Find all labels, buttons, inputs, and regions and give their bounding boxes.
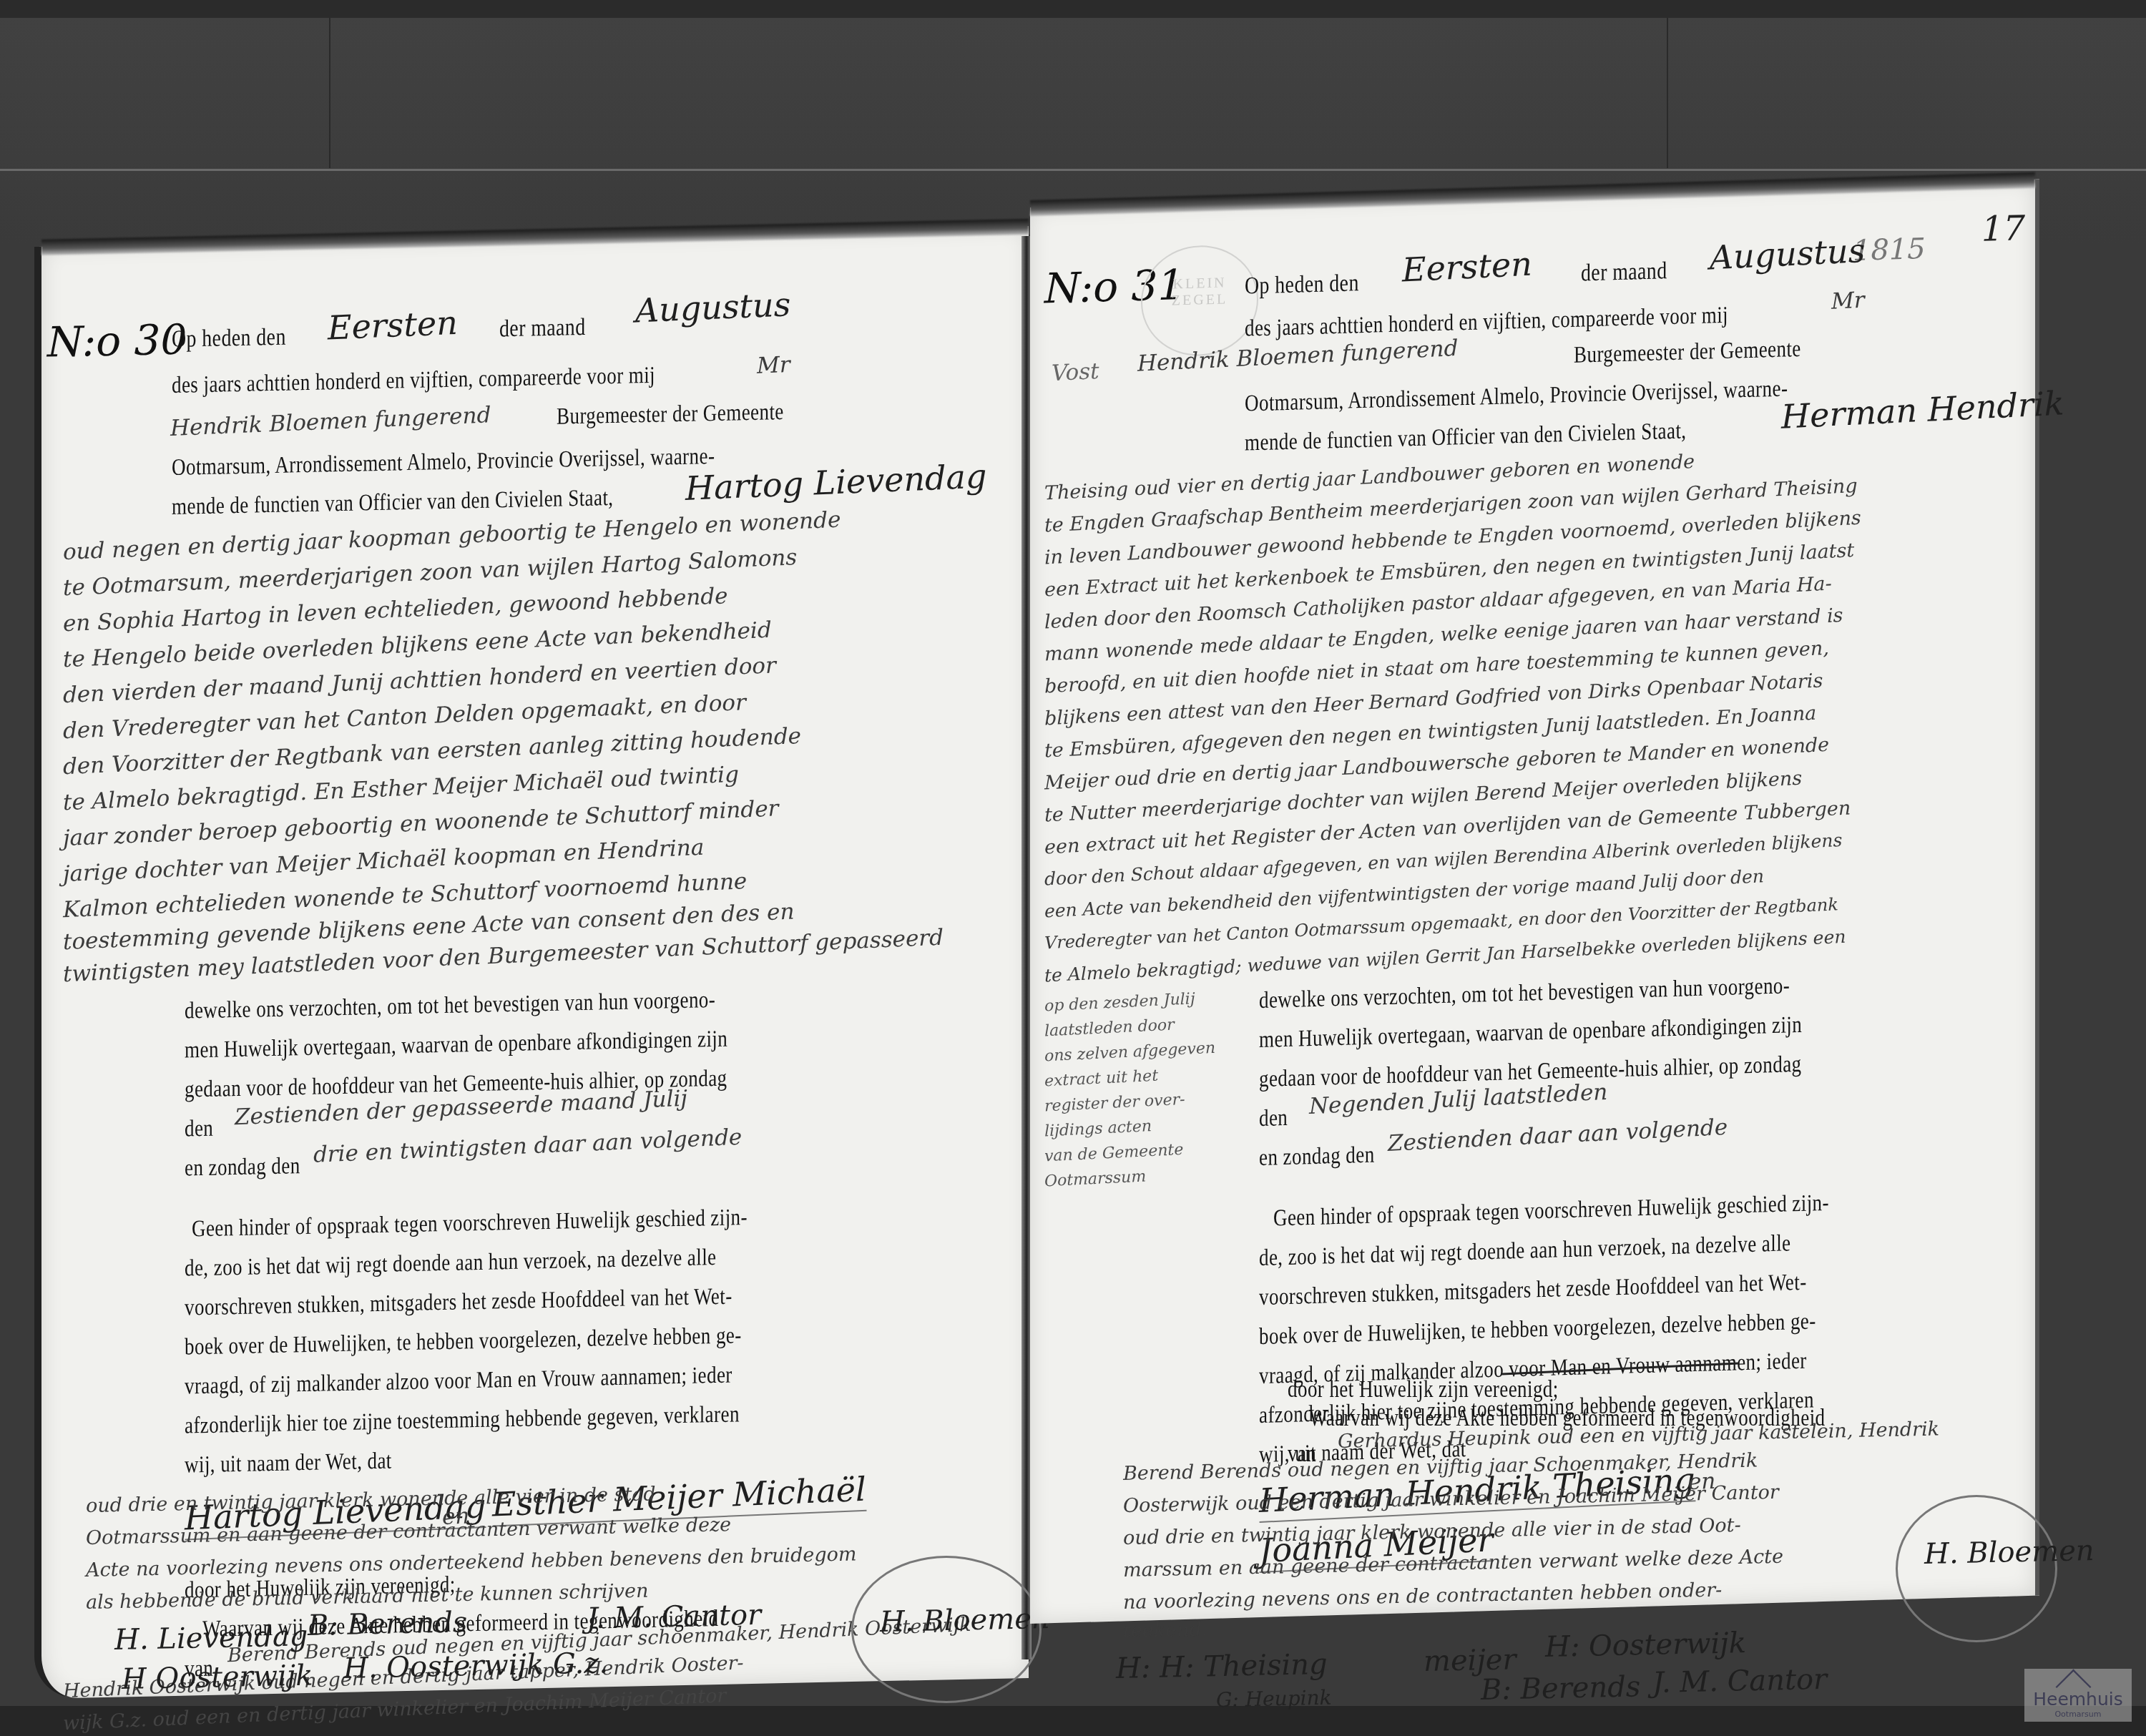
printed-text: men Huwelijk overtegaan, waarvan de open… [185,1026,727,1064]
backdrop-line [1667,18,1668,168]
printed-text: dewelke ons verzochten, om tot het beves… [185,987,715,1025]
handwritten-day: Eersten [1401,245,1532,290]
entry-number: N:o 30 [47,315,187,367]
signature: H Oosterwijk [122,1659,313,1696]
printed-text: door het Huwelijk zijn vereenigd; [1288,1377,1559,1403]
margin-note: laatstleden door [1044,1016,1175,1041]
printed-text: mende de functien van Officier van den C… [1245,418,1687,456]
signature: B: Berends [1481,1670,1641,1707]
printed-text: en zondag den [1259,1142,1375,1172]
page-number: 17 [1981,208,2025,250]
handwritten-line: teekend. [1123,1619,1208,1642]
handwritten-groom-name: Hartog Lievendag [685,456,986,508]
watermark-place: Ootmarsum [2024,1710,2132,1718]
margin-note: lijdings acten [1044,1117,1152,1140]
handwritten-month: Augustus [635,285,790,330]
printed-text: dewelke ons verzochten, om tot het beves… [1259,973,1790,1014]
printed-text: boek over de Huwelijken, te hebben voorg… [1259,1308,1816,1350]
margin-note: op den zesden Julij [1044,990,1195,1015]
printed-text: Burgemeester der Gemeente [557,399,784,431]
printed-text: Ootmarsum, Arrondissement Almelo, Provin… [172,443,715,481]
printed-text: voorschreven stukken, mitsgaders het zes… [185,1284,733,1322]
printed-text: des jaars achttien honderd en vijftien, … [172,363,655,399]
signature: G: Heupink [1216,1686,1332,1712]
margin-note: Ootmarssum [1044,1168,1147,1191]
backdrop-line [329,18,330,168]
printed-text: Ootmarsum, Arrondissement Almelo, Provin… [1245,376,1788,417]
mayor-signature: H. Bloemen [1924,1534,2095,1571]
handwritten-mayor: Hendrik Bloemen fungerend [170,402,491,441]
printed-text: den [185,1116,213,1143]
blindstamp-text: ZEGEL [1142,290,1257,310]
signature: H. Lievendag [114,1619,308,1657]
printed-text: Burgemeester der Gemeente [1574,336,1801,369]
margin-note: van de Gemeente [1044,1141,1184,1165]
printed-text: men Huwelijk overtegaan, waarvan de open… [1259,1012,1802,1054]
mayor-signature: H. Bloemen [880,1602,1051,1639]
printed-text: boek over de Huwelijken, te hebben voorg… [185,1323,742,1360]
signature: H: Oosterwijk [1545,1627,1747,1664]
printed-text: Op heden den [1245,270,1359,300]
handwritten-title: Mr [1831,287,1865,314]
printed-text: mende de functien van Officier van den C… [172,485,614,521]
printed-text: der maand [1581,258,1667,287]
printed-text: der maand [499,314,586,343]
watermark-brand: Heemhuis [2024,1690,2132,1708]
margin-note: extract uit het [1044,1067,1159,1091]
signature: H. Oosterwijk G.z. [343,1647,609,1685]
signature: B: Berends [308,1606,468,1642]
signature: J. M. Cantor [1652,1663,1828,1700]
printed-text: den [1259,1105,1288,1132]
printed-text: de, zoo is het dat wij regt doende aan h… [185,1245,717,1283]
handwritten-day: Eersten [327,303,458,348]
printed-text: Geen hinder of opspraak tegen voorschrev… [192,1205,748,1242]
heemhuis-watermark: Heemhuis Ootmarsum [2024,1669,2132,1722]
margin-note: register der over- [1044,1091,1185,1116]
margin-note: Vost [1052,358,1099,386]
printed-text: Geen hinder of opspraak tegen voorschrev… [1273,1190,1829,1232]
left-page: N:o 30 Op heden den Eersten der maand Au… [34,226,1029,1699]
handwritten-title: Mr [757,352,790,379]
printed-text: afzonderlijk hier toe zijne toestemming … [185,1401,740,1439]
signature: J. M. Cantor [587,1599,762,1635]
handwritten-month: Augustus [1709,231,1865,278]
printed-text: en zondag den [185,1153,300,1182]
printed-text: voorschreven stukken, mitsgaders het zes… [1259,1270,1807,1311]
margin-note: ons zelven afgegeven [1044,1039,1216,1066]
backdrop-seam [0,169,2146,171]
printed-text: Op heden den [172,324,286,353]
handwritten-groom-name: Herman Hendrik [1780,383,2064,436]
handwritten-banns-date: Zestienden daar aan volgende [1388,1114,1728,1157]
printed-text: de, zoo is het dat wij regt doende aan h… [1259,1230,1791,1272]
handwritten-banns-date: drie en twintigsten daar aan volgende [313,1124,743,1168]
printed-text: wij, uit naam der Wet, dat [185,1448,392,1479]
printed-text: vraagd, of zij malkander alzoo voor Man … [185,1363,733,1401]
printed-text: des jaars achttien honderd en vijftien, … [1245,303,1728,343]
signature: H: H: Theising [1116,1648,1328,1685]
